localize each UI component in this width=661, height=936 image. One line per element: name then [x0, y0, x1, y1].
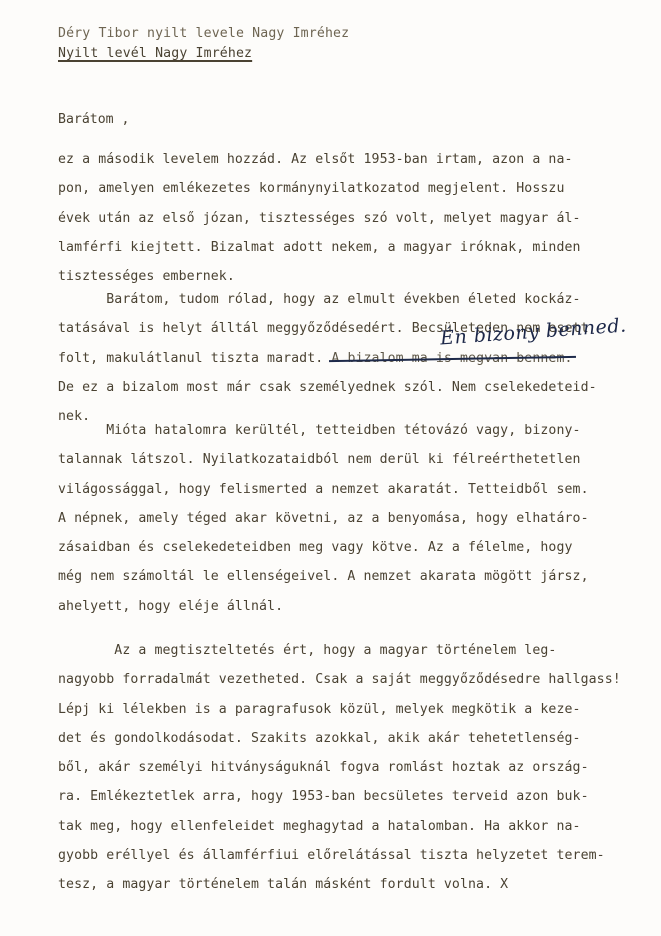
- text-line: Mióta hatalomra kerültél, tetteidben tét…: [58, 416, 589, 445]
- text-line: folt, makulátlanul tiszta maradt. A biza…: [58, 344, 597, 373]
- text-line: évek után az első józan, tisztességes sz…: [58, 204, 581, 233]
- salutation: Barátom ,: [58, 112, 129, 127]
- text-line: gyobb eréllyel és államférfiui előrelátá…: [58, 841, 621, 870]
- text-line: nagyobb forradalmát vezetheted. Csak a s…: [58, 665, 621, 694]
- text-line: ez a második levelem hozzád. Az elsőt 19…: [58, 145, 581, 174]
- text-line: Lépj ki lélekben is a paragrafusok közül…: [58, 695, 621, 724]
- document-header: Déry Tibor nyilt levele Nagy Imréhez Nyi…: [58, 24, 349, 64]
- text-line: tesz, a magyar történelem talán másként …: [58, 870, 621, 899]
- document-title: Déry Tibor nyilt levele Nagy Imréhez: [58, 24, 349, 44]
- text-line: Az a megtiszteltetés ért, hogy a magyar …: [58, 636, 621, 665]
- text-line: talannak látszol. Nyilatkozataidból nem …: [58, 445, 589, 474]
- paragraph-4: Az a megtiszteltetés ért, hogy a magyar …: [58, 636, 621, 900]
- text-segment: folt, makulátlanul tiszta maradt.: [58, 351, 331, 366]
- text-line: ahelyett, hogy eléje állnál.: [58, 592, 589, 621]
- text-line: De ez a bizalom most már csak személyedn…: [58, 373, 597, 402]
- text-line: világossággal, hogy felismerted a nemzet…: [58, 475, 589, 504]
- text-line: Barátom, tudom rólad, hogy az elmult éve…: [58, 285, 597, 314]
- text-line: A népnek, amely téged akar követni, az a…: [58, 504, 589, 533]
- text-line: pon, amelyen emlékezetes kormánynyilatko…: [58, 174, 581, 203]
- paragraph-3: Mióta hatalomra kerültél, tetteidben tét…: [58, 416, 589, 621]
- text-line: lamférfi kiejtett. Bizalmat adott nekem,…: [58, 233, 581, 262]
- document-subtitle: Nyilt levél Nagy Imréhez: [58, 44, 252, 64]
- text-line: még nem számoltál le ellenségeivel. A ne…: [58, 562, 589, 591]
- text-line: zásaidban és cselekedeteidben meg vagy k…: [58, 533, 589, 562]
- text-line: ra. Emlékeztetlek arra, hogy 1953-ban be…: [58, 782, 621, 811]
- text-line: ből, akár személyi hitványságuknál fogva…: [58, 753, 621, 782]
- letter-page: Déry Tibor nyilt levele Nagy Imréhez Nyi…: [0, 0, 661, 936]
- struck-through-text: A bizalom ma is megvan bennem.: [331, 351, 572, 366]
- paragraph-2: Barátom, tudom rólad, hogy az elmult éve…: [58, 285, 597, 431]
- paragraph-1: ez a második levelem hozzád. Az elsőt 19…: [58, 145, 581, 291]
- text-line: tak meg, hogy ellenfeleidet meghagytad a…: [58, 812, 621, 841]
- text-line: det és gondolkodásodat. Szakits azokkal,…: [58, 724, 621, 753]
